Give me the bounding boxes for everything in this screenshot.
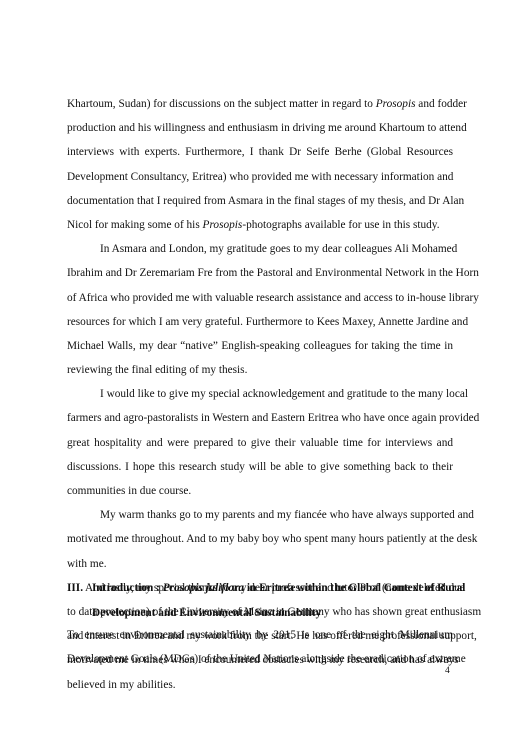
text-line: communities in due course.: [67, 479, 453, 503]
text-line: Ibrahim and Dr Zeremariam Fre from the P…: [67, 261, 453, 285]
paragraph-family: My warm thanks go to my parents and my f…: [67, 503, 453, 576]
section-title-suffix: in Eritrea within the Global Context of …: [244, 582, 465, 594]
text-line: motivated me throughout. And to my baby …: [67, 527, 453, 551]
text-line: Development Goals (MDGs) of the United N…: [67, 647, 453, 671]
text-line: production and his willingness and enthu…: [67, 116, 453, 140]
paragraph-asmara-london: In Asmara and London, my gratitude goes …: [67, 237, 453, 382]
introduction-text: To ensure environmental sustainability b…: [67, 623, 453, 671]
text-line: My warm thanks go to my parents and my f…: [67, 503, 453, 527]
paragraph-intro: To ensure environmental sustainability b…: [67, 623, 453, 671]
text-line: Development Consultancy, Eritrea) who pr…: [67, 165, 453, 189]
page-number: 4: [445, 666, 450, 676]
text-line: believed in my abilities.: [67, 673, 453, 697]
text-line: Nicol for making some of his Prosopis-ph…: [67, 213, 453, 237]
text-line: In Asmara and London, my gratitude goes …: [67, 237, 453, 261]
text-line: documentation that I required from Asmar…: [67, 189, 453, 213]
text-line: To ensure environmental sustainability b…: [67, 623, 453, 647]
paragraph-khartoum-thanks: Khartoum, Sudan) for discussions on the …: [67, 92, 453, 237]
section-title-prefix: Introduction :: [92, 582, 163, 594]
text-line: Khartoum, Sudan) for discussions on the …: [67, 92, 453, 116]
section-number: III.: [67, 576, 92, 601]
text-line: Michael Walls, my dear “native” English-…: [67, 334, 453, 358]
paragraph-farmers: I would like to give my special acknowle…: [67, 382, 453, 503]
text-line: farmers and agro-pastoralists in Western…: [67, 406, 453, 430]
text-line: with me.: [67, 552, 453, 576]
text-line: great hospitality and were prepared to g…: [67, 431, 453, 455]
section-title-line2: Development and Environmental Sustainabi…: [67, 601, 467, 626]
text-line: interviews with experts. Furthermore, I …: [67, 140, 453, 164]
document-page: Khartoum, Sudan) for discussions on the …: [0, 0, 530, 750]
text-line: discussions. I hope this research study …: [67, 455, 453, 479]
text-line: I would like to give my special acknowle…: [67, 382, 453, 406]
italic-term: Prosopis: [376, 98, 416, 110]
text-line: resources for which I am very grateful. …: [67, 310, 453, 334]
text-line: reviewing the final editing of my thesis…: [67, 358, 453, 382]
section-heading: III.Introduction : Prosopis juliflora in…: [67, 576, 467, 625]
italic-term: Prosopis: [203, 219, 243, 231]
section-title-italic: Prosopis juliflora: [163, 582, 244, 594]
text-line: of Africa who provided me with valuable …: [67, 286, 453, 310]
